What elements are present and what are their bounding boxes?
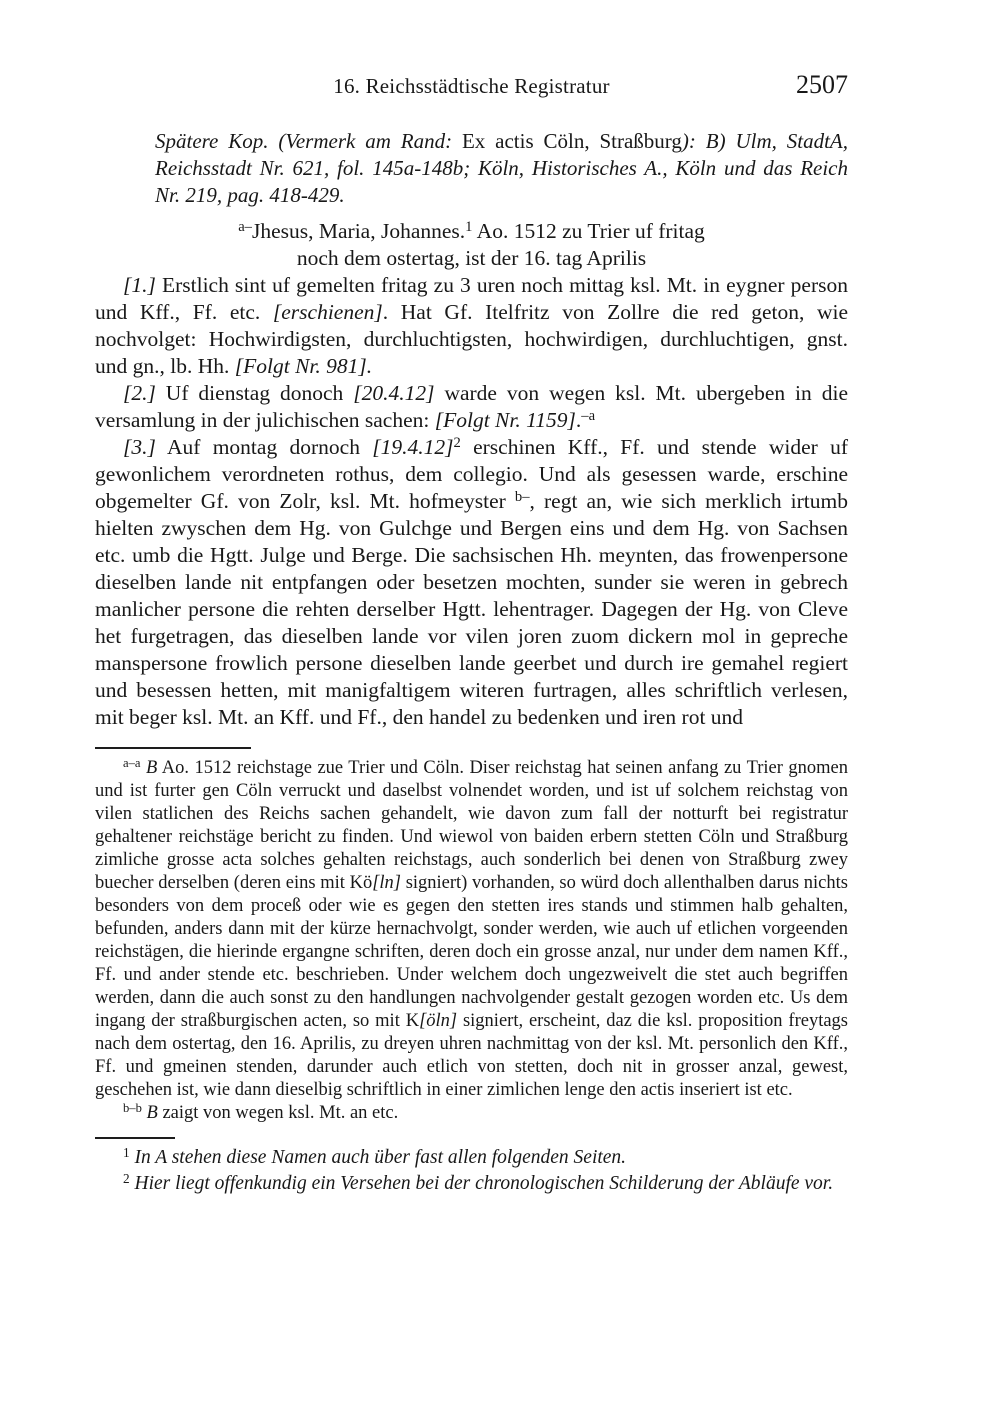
text-segment: signiert) vorhanden, so würd doch allent… [95,873,848,1031]
text-segment: noch dem ostertag, ist der 16. tag April… [297,246,646,270]
text-segment: [öln] [419,1011,457,1031]
text-segment: Auf montag dornoch [156,435,372,459]
heading-line-2: noch dem ostertag, ist der 16. tag April… [95,245,848,272]
annotation-marker: 2 [123,1171,130,1186]
text-segment: Ex actis Cöln, Straßburg [462,129,682,153]
book-page: 16. Reichsstädtische Registratur 2507 Sp… [0,0,1004,1418]
page-number: 2507 [796,70,848,100]
source-note: Spätere Kop. (Vermerk am Rand: Ex actis … [95,128,848,209]
text-segment: [Folgt Nr. 1159] [435,408,576,432]
text-segment: [3.] [123,435,156,459]
page-header: 16. Reichsstädtische Registratur 2507 [95,74,848,104]
annotation-marker: 1 [465,219,472,235]
paragraph-2: [2.] Uf dienstag donoch [20.4.12] warde … [95,380,848,434]
heading-line-1: a–Jhesus, Maria, Johannes.1 Ao. 1512 zu … [95,218,848,245]
numbered-footnote-separator-rule [95,1137,175,1139]
text-segment: [20.4.12] [353,381,434,405]
annotation-marker: –a [581,408,595,424]
letter-footnote-a: a–a B Ao. 1512 reichstage zue Trier und … [95,757,848,1102]
text-segment: Ao. 1512 zu Trier uf fritag [472,219,704,243]
annotation-marker: 1 [123,1145,130,1160]
running-title: 16. Reichsstädtische Registratur [95,74,848,99]
text-segment: [erschienen] [273,300,383,324]
text-segment: B [146,758,157,778]
text-segment: , regt an, wie sich merklich irtumb hiel… [95,489,848,729]
text-segment: In A stehen diese Namen auch über fast a… [135,1147,627,1168]
text-segment: B [147,1103,158,1123]
annotation-marker: b– [515,489,530,505]
document-heading: a–Jhesus, Maria, Johannes.1 Ao. 1512 zu … [95,218,848,272]
text-segment: [ln] [372,873,401,893]
annotation-marker: 2 [453,435,460,451]
text-segment: [Folgt Nr. 981]. [235,354,372,378]
annotation-marker: b–b [123,1101,142,1115]
text-segment: [2.] [123,381,156,405]
text-segment: Spätere Kop. (Vermerk am Rand: [155,129,462,153]
text-segment: Hier liegt offenkundig ein Versehen bei … [135,1173,834,1194]
numbered-footnote-2: 2 Hier liegt offenkundig ein Versehen be… [95,1171,848,1197]
text-segment: zaigt von wegen ksl. Mt. an etc. [158,1103,398,1123]
annotation-marker: a– [238,219,252,235]
page-content: 16. Reichsstädtische Registratur 2507 Sp… [95,74,848,1197]
text-segment: Jhesus, Maria, Johannes. [252,219,465,243]
paragraph-1: [1.] Erstlich sint uf gemelten fritag zu… [95,272,848,380]
paragraph-3: [3.] Auf montag dornoch [19.4.12]2 ersch… [95,434,848,731]
annotation-marker: a–a [123,756,140,770]
footnote-separator-rule [95,747,251,749]
text-segment: [1.] [123,273,156,297]
numbered-footnote-1: 1 In A stehen diese Namen auch über fast… [95,1145,848,1171]
text-segment: Uf dienstag donoch [156,381,353,405]
text-segment: [19.4.12] [372,435,453,459]
letter-footnote-b: b–b B zaigt von wegen ksl. Mt. an etc. [95,1102,848,1125]
